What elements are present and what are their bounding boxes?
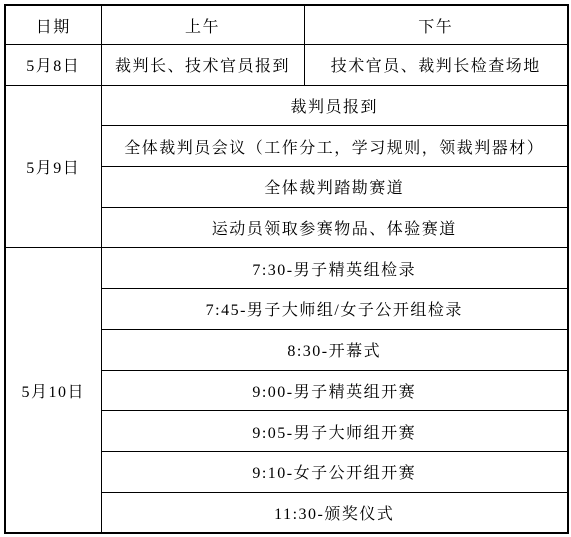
row-may8: 5月8日 裁判长、技术官员报到 技术官员、裁判长检查场地	[5, 45, 568, 86]
header-cell-morning: 上午	[101, 5, 304, 45]
date-cell-may10: 5月10日	[5, 248, 101, 533]
row-may9-1: 5月9日 裁判员报到	[5, 85, 568, 126]
schedule-page: 日期 上午 下午 5月8日 裁判长、技术官员报到 技术官员、裁判长检查场地 5月…	[0, 0, 571, 537]
header-row: 日期 上午 下午	[5, 5, 568, 45]
schedule-table: 日期 上午 下午 5月8日 裁判长、技术官员报到 技术官员、裁判长检查场地 5月…	[4, 4, 569, 534]
row-may10-1: 5月10日 7:30-男子精英组检录	[5, 248, 568, 289]
event-cell-may8-morning: 裁判长、技术官员报到	[101, 45, 304, 86]
event-cell-may10-6: 9:10-女子公开组开赛	[101, 451, 568, 492]
event-cell-may10-7: 11:30-颁奖仪式	[101, 492, 568, 533]
date-cell-may8: 5月8日	[5, 45, 101, 86]
date-cell-may9: 5月9日	[5, 85, 101, 248]
event-cell-may10-2: 7:45-男子大师组/女子公开组检录	[101, 289, 568, 330]
event-cell-may9-1: 裁判员报到	[101, 85, 568, 126]
event-cell-may9-4: 运动员领取参赛物品、体验赛道	[101, 207, 568, 248]
event-cell-may10-3: 8:30-开幕式	[101, 329, 568, 370]
header-cell-date: 日期	[5, 5, 101, 45]
event-cell-may10-5: 9:05-男子大师组开赛	[101, 411, 568, 452]
event-cell-may10-1: 7:30-男子精英组检录	[101, 248, 568, 289]
event-cell-may8-afternoon: 技术官员、裁判长检查场地	[304, 45, 568, 86]
event-cell-may10-4: 9:00-男子精英组开赛	[101, 370, 568, 411]
event-cell-may9-3: 全体裁判踏勘赛道	[101, 167, 568, 208]
header-cell-afternoon: 下午	[304, 5, 568, 45]
event-cell-may9-2: 全体裁判员会议（工作分工，学习规则，领裁判器材）	[101, 126, 568, 167]
